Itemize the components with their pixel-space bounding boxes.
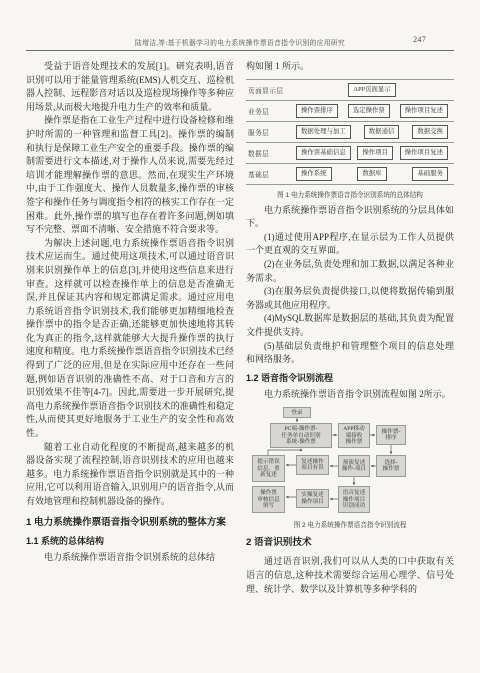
page-number: 247 <box>413 35 426 44</box>
fig2-box-retell-error: 复述操作 项目有误 <box>296 455 329 475</box>
fig1-box: 操作系统 <box>296 167 332 181</box>
fig1-box: 基础服务 <box>412 167 448 181</box>
paragraph: 操作票是指在工业生产过程中进行设备检修和维护时所需的一种管理和监督工具[2]。操… <box>26 114 234 236</box>
fig2-box-login: 登录 <box>283 407 311 418</box>
section-1-2-heading: 1.2 语音指令识别流程 <box>246 372 454 385</box>
fig2-box-review-fill: 操作票 审核信息 填写 <box>252 486 285 513</box>
paragraph: (4)MySQL数据库是数据层的基础,其负责为配置文件提供支持。 <box>246 312 454 339</box>
figure-1-architecture: 页面显示层 APP页面显示 业务层 操作票排序 选定操作票 操作项目复述 服务层 <box>246 79 454 185</box>
fig2-box-sort: 操作票- 排序 <box>376 425 406 445</box>
paragraph: 电力系统操作票语音指令识别系统的总体结 <box>26 551 234 565</box>
fig1-box: 操作票排序 <box>296 104 338 118</box>
fig1-row-data-layer: 数据层 操作票基础信息 操作项目 操作项目复述 <box>246 143 454 164</box>
paragraph: (1)通过使用APP程序,在显示层为工作人员提供一个更直观的交互界面。 <box>246 231 454 258</box>
fig2-box-error-prompt: 提示错误 信息、重 新复述 <box>252 455 285 482</box>
fig1-layer-label: 页面显示层 <box>248 85 292 95</box>
paper-page: 陆增洁,等:基于机器学习的电力系统操作票语音指令识别的应用研究 247 受益于语… <box>0 0 480 673</box>
paragraph: 受益于语音处理技术的发展[1]。研究表明,语音识别可以用于能量管理系统(EMS)… <box>26 60 234 114</box>
fig1-box: 选定操作票 <box>348 104 390 118</box>
fig1-box: 操作项目复述 <box>400 146 448 160</box>
fig1-row-display-layer: 页面显示层 APP页面显示 <box>246 80 454 101</box>
paragraph: 电力系统操作票语音指令识别流程如图 2所示。 <box>246 388 454 402</box>
continuation-line: 构如图 1 所示。 <box>246 60 454 74</box>
fig2-box-recognize-success: 语音复述 操作项目 识别成功 <box>338 486 370 513</box>
fig1-row-service-layer: 服务层 数据处理与加工 数据通信 数据交换 <box>246 122 454 143</box>
fig1-row-business-layer: 业务层 操作票排序 选定操作票 操作项目复述 <box>246 101 454 122</box>
figure-2-caption: 图 2 电力系统操作票语音指令识别流程 <box>246 519 454 529</box>
fig1-box: APP页面显示 <box>348 83 395 97</box>
right-column: 构如图 1 所示。 页面显示层 APP页面显示 业务层 操作票排序 选定操作票 … <box>246 60 454 596</box>
left-column: 受益于语音处理技术的发展[1]。研究表明,语音识别可以用于能量管理系统(EMS)… <box>26 60 234 596</box>
fig2-box-pc-ticket: PC端-操作票- 任务单自动识别 系统-操作票 <box>270 423 332 448</box>
fig1-box: 数据处理与加工 <box>296 125 351 139</box>
fig1-layer-label: 业务层 <box>248 106 292 116</box>
fig1-layer-label: 数据层 <box>248 148 292 158</box>
paragraph: (2)在业务层,负责处理和加工数据,以满足各种业务需求。 <box>246 258 454 285</box>
fig2-box-app-receive: APP移动 端接收 操作票 <box>338 423 370 448</box>
fig1-box: 数据通信 <box>364 125 400 139</box>
section-1-heading: 1 电力系统操作票语音指令识别系统的整体方案 <box>26 516 234 530</box>
fig2-box-rehearse: 预演复述 操作-项目 <box>338 455 370 477</box>
fig1-box: 数据交换 <box>412 125 448 139</box>
fig1-layer-label: 基础层 <box>248 169 292 179</box>
fig1-box: 操作项目 <box>357 146 393 160</box>
fig1-row-base-layer: 基础层 操作系统 数据库 基础服务 <box>246 164 454 185</box>
paragraph: (3)在服务层负责提供接口,以便将数据传输到服务器或其他应用程序。 <box>246 285 454 312</box>
fig1-box: 数据库 <box>357 167 386 181</box>
fig1-layer-label: 服务层 <box>248 127 292 137</box>
paragraph: 为解决上述问题,电力系统操作票语音指令识别技术应运而生。通过使用这项技术,可以通… <box>26 237 234 441</box>
section-1-1-heading: 1.1 系统的总体结构 <box>26 535 234 548</box>
running-head: 陆增洁,等:基于机器学习的电力系统操作票语音指令识别的应用研究 247 <box>26 34 454 51</box>
paragraph: 通过语音识别,我们可以从人类的口中获取有关语言的信息,这种技术需要综合运用心理学… <box>246 555 454 596</box>
running-title: 陆增洁,等:基于机器学习的电力系统操作票语音指令识别的应用研究 <box>26 37 454 47</box>
two-column-body: 受益于语音处理技术的发展[1]。研究表明,语音识别可以用于能量管理系统(EMS)… <box>26 60 454 596</box>
figure-2-flowchart: 登录 PC端-操作票- 任务单自动识别 系统-操作票 APP移动 端接收 操作票… <box>250 405 450 515</box>
fig2-box-practice: 实操复述 操作项目 <box>296 489 329 508</box>
figure-1-caption: 图 1 电力系统操作票语音指令识别系统的总体结构 <box>246 189 454 199</box>
section-2-heading: 2 语音识别技术 <box>246 536 454 550</box>
fig1-box: 操作项目复述 <box>400 104 448 118</box>
fig1-box: 操作票基础信息 <box>296 146 351 160</box>
paragraph: (5)基础层负责维护和管理整个项目的信息处理和网络服务。 <box>246 340 454 367</box>
paragraph: 电力系统操作票语音指令识别系统的分层具体如下。 <box>246 204 454 231</box>
fig2-box-select: 选择- 操作票 <box>376 455 406 477</box>
paragraph: 随着工业自动化程度的不断提高,越来越多的机器设备实现了流程控制,语音识别技术的应… <box>26 441 234 509</box>
